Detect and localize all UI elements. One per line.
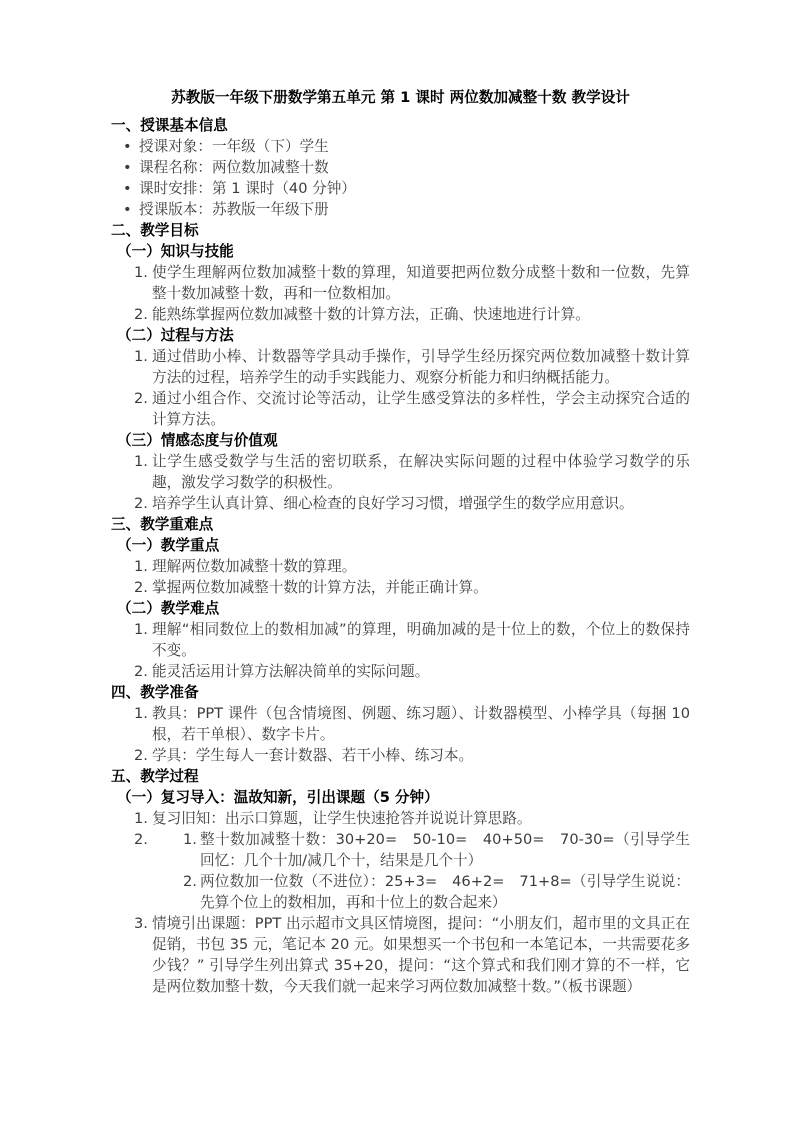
section-heading: 一、授课基本信息 bbox=[111, 115, 690, 136]
subsection-heading: （一）知识与技能 bbox=[111, 241, 690, 262]
list-item-text: 复习旧知：出示口算题，让学生快速抢答并说说计算思路。 bbox=[152, 810, 531, 827]
list-item-text: 通过借助小棒、计数器等学具动手操作，引导学生经历探究两位数加减整十数计算方法的过… bbox=[152, 348, 690, 386]
bullet-marker-icon: • bbox=[123, 136, 132, 157]
subsection-heading: （一）教学重点 bbox=[111, 535, 690, 556]
section-heading: 四、教学准备 bbox=[111, 682, 690, 703]
bullet-marker-icon: • bbox=[123, 199, 132, 220]
list-number: 1. bbox=[134, 346, 148, 367]
numbered-list-item: 2.通过小组合作、交流讨论等活动，让学生感受算法的多样性，学会主动探究合适的计算… bbox=[111, 388, 690, 430]
list-item-text: 让学生感受数学与生活的密切联系，在解决实际问题的过程中体验学习数学的乐趣，激发学… bbox=[152, 453, 690, 491]
nested-numbered-list-item: 2.两位数加一位数（不进位）：25+3= 46+2= 71+8=（引导学生说说：… bbox=[111, 871, 690, 913]
list-item-text: 能灵活运用计算方法解决简单的实际问题。 bbox=[152, 663, 429, 680]
list-item-text: 掌握两位数加减整十数的计算方法，并能正确计算。 bbox=[152, 579, 488, 596]
list-number: 1. bbox=[134, 703, 148, 724]
numbered-list-item: 2.能灵活运用计算方法解决简单的实际问题。 bbox=[111, 661, 690, 682]
list-item-text: 情境引出课题：PPT 出示超市文具区情境图，提问：“小朋友们，超市里的文具正在促… bbox=[152, 915, 690, 995]
section-heading: 二、教学目标 bbox=[111, 220, 690, 241]
numbered-list-item: 1.教具：PPT 课件（包含情境图、例题、练习题）、计数器模型、小棒学具（每捆 … bbox=[111, 703, 690, 745]
bullet-marker-icon: • bbox=[123, 157, 132, 178]
section-heading: 五、教学过程 bbox=[111, 766, 690, 787]
subsection-heading: （三）情感态度与价值观 bbox=[111, 430, 690, 451]
numbered-list-item: 1.使学生理解两位数加减整十数的算理，知道要把两位数分成整十数和一位数，先算整十… bbox=[111, 262, 690, 304]
list-number: 2. bbox=[134, 493, 148, 514]
list-item-text: 学具：学生每人一套计数器、若干小棒、练习本。 bbox=[152, 747, 473, 764]
list-number: 1. bbox=[134, 556, 148, 577]
list-item-text: 两位数加一位数（不进位）：25+3= 46+2= 71+8=（引导学生说说：先算… bbox=[200, 873, 690, 911]
subsection-heading: （二）教学难点 bbox=[111, 598, 690, 619]
numbered-list-item: 1.理解“相同数位上的数相加减”的算理，明确加减的是十位上的数，个位上的数保持不… bbox=[111, 619, 690, 661]
list-item-text: 课时安排：第 1 课时（40 分钟） bbox=[139, 180, 356, 197]
bullet-list-item: •授课对象：一年级（下）学生 bbox=[111, 136, 690, 157]
list-number: 2. bbox=[134, 661, 148, 682]
bullet-marker-icon: • bbox=[123, 178, 132, 199]
list-item-text: 通过小组合作、交流讨论等活动，让学生感受算法的多样性，学会主动探究合适的计算方法… bbox=[152, 390, 690, 428]
list-number: 2. bbox=[183, 871, 197, 892]
list-item-text: 课程名称：两位数加减整十数 bbox=[139, 159, 329, 176]
list-number: 2. bbox=[134, 577, 148, 598]
list-item-text: 培养学生认真计算、细心检查的良好学习习惯，增强学生的数学应用意识。 bbox=[152, 495, 634, 512]
list-item-text: 理解两位数加减整十数的算理。 bbox=[152, 558, 356, 575]
list-number: 1. bbox=[134, 451, 148, 472]
numbered-list-item: 2.掌握两位数加减整十数的计算方法，并能正确计算。 bbox=[111, 577, 690, 598]
numbered-list-item: 2.能熟练掌握两位数加减整十数的计算方法，正确、快速地进行计算。 bbox=[111, 304, 690, 325]
document-title: 苏教版一年级下册数学第五单元 第 1 课时 两位数加减整十数 教学设计 bbox=[111, 87, 690, 108]
list-item-text: 教具：PPT 课件（包含情境图、例题、练习题）、计数器模型、小棒学具（每捆 10… bbox=[152, 705, 690, 743]
bullet-list-item: •课程名称：两位数加减整十数 bbox=[111, 157, 690, 178]
list-item-text: 整十数加减整十数：30+20= 50-10= 40+50= 70-30=（引导学… bbox=[200, 831, 690, 869]
numbered-list-item: 1.复习旧知：出示口算题，让学生快速抢答并说说计算思路。 bbox=[111, 808, 690, 829]
list-item-text: 授课对象：一年级（下）学生 bbox=[139, 138, 329, 155]
numbered-list-item: 2.学具：学生每人一套计数器、若干小棒、练习本。 bbox=[111, 745, 690, 766]
list-number: 1. bbox=[134, 262, 148, 283]
bullet-list-item: •授课版本：苏教版一年级下册 bbox=[111, 199, 690, 220]
list-item-text: 使学生理解两位数加减整十数的算理，知道要把两位数分成整十数和一位数，先算整十数加… bbox=[152, 264, 690, 302]
list-number: 2. bbox=[134, 304, 148, 325]
document-page: 苏教版一年级下册数学第五单元 第 1 课时 两位数加减整十数 教学设计一、授课基… bbox=[0, 0, 794, 1123]
list-item-text: 能熟练掌握两位数加减整十数的计算方法，正确、快速地进行计算。 bbox=[152, 306, 590, 323]
nested-numbered-list-item: 1.整十数加减整十数：30+20= 50-10= 40+50= 70-30=（引… bbox=[111, 829, 690, 871]
numbered-list-item: 1.理解两位数加减整十数的算理。 bbox=[111, 556, 690, 577]
subsection-heading: （二）过程与方法 bbox=[111, 325, 690, 346]
numbered-list-item: 3.情境引出课题：PPT 出示超市文具区情境图，提问：“小朋友们，超市里的文具正… bbox=[111, 913, 690, 997]
list-item-text: 理解“相同数位上的数相加减”的算理，明确加减的是十位上的数，个位上的数保持不变。 bbox=[152, 621, 690, 659]
document-content: 苏教版一年级下册数学第五单元 第 1 课时 两位数加减整十数 教学设计一、授课基… bbox=[111, 87, 690, 997]
numbered-list-item: 1.通过借助小棒、计数器等学具动手操作，引导学生经历探究两位数加减整十数计算方法… bbox=[111, 346, 690, 388]
list-number: 3. bbox=[134, 913, 148, 934]
list-number: 1. bbox=[134, 619, 148, 640]
bullet-list-item: •课时安排：第 1 课时（40 分钟） bbox=[111, 178, 690, 199]
numbered-list-item: 1.让学生感受数学与生活的密切联系，在解决实际问题的过程中体验学习数学的乐趣，激… bbox=[111, 451, 690, 493]
numbered-list-item: 2.培养学生认真计算、细心检查的良好学习习惯，增强学生的数学应用意识。 bbox=[111, 493, 690, 514]
list-number: 1. bbox=[134, 808, 148, 829]
list-item-text: 授课版本：苏教版一年级下册 bbox=[139, 201, 329, 218]
list-number: 2. bbox=[134, 745, 148, 766]
list-number: 1. bbox=[183, 829, 197, 850]
subsection-heading: （一）复习导入：温故知新，引出课题（5 分钟） bbox=[111, 787, 690, 808]
section-heading: 三、教学重难点 bbox=[111, 514, 690, 535]
list-number: 2. bbox=[134, 388, 148, 409]
